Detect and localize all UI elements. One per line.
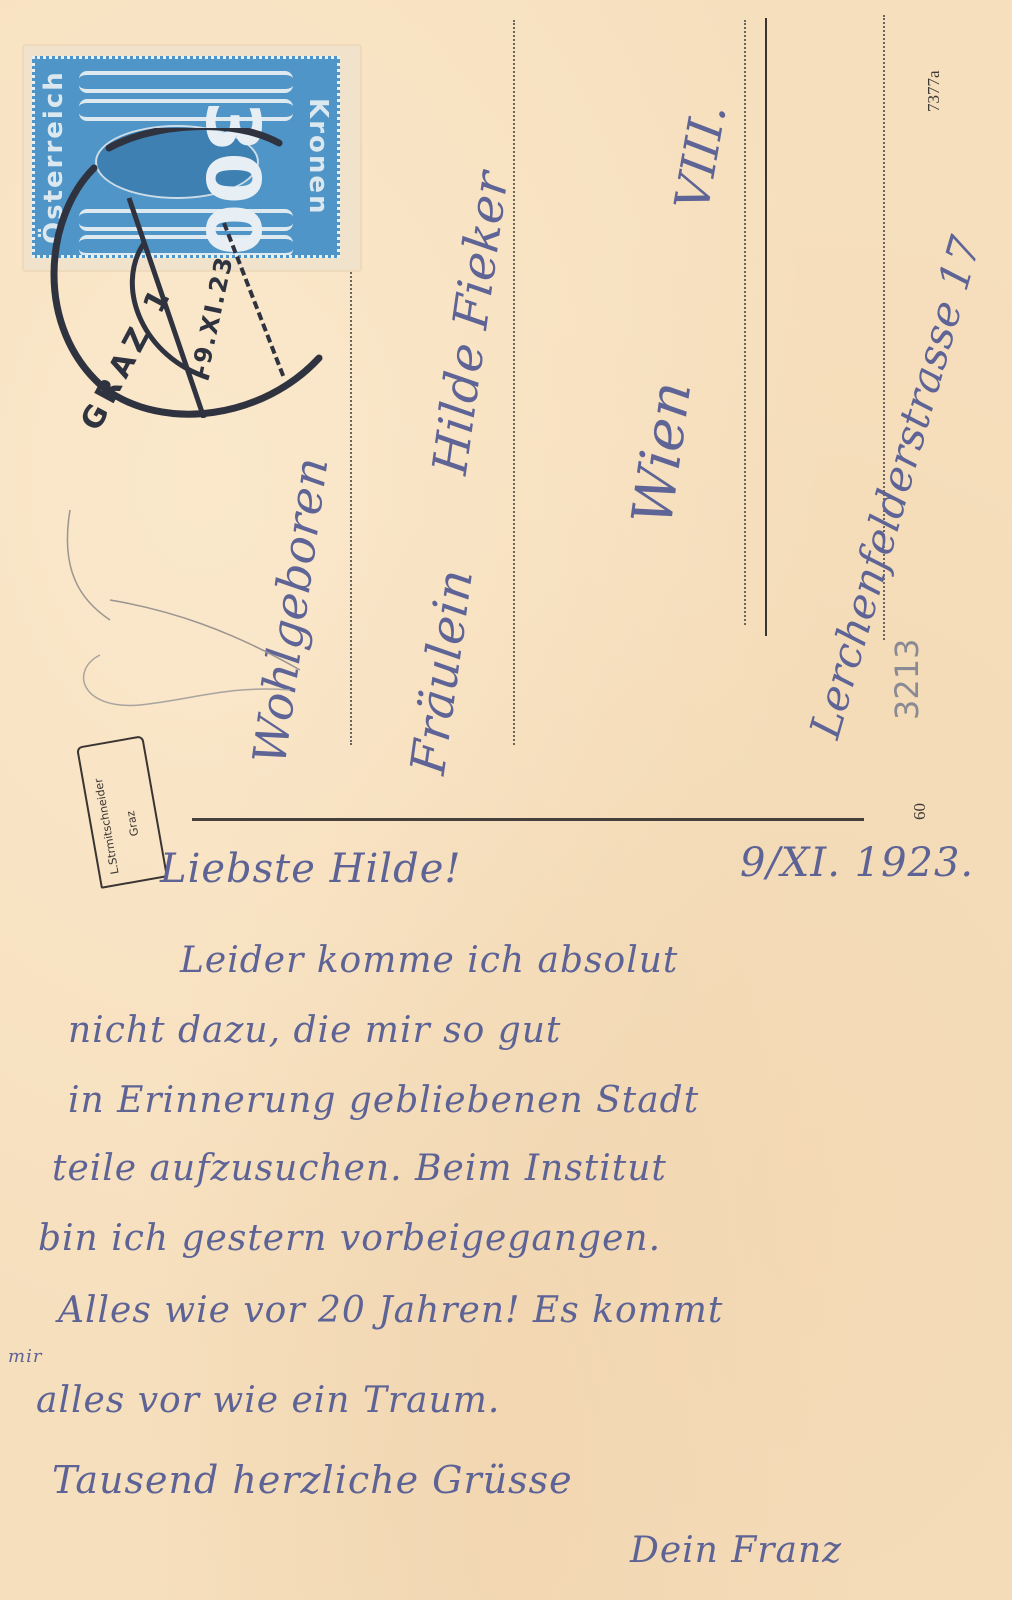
message-greeting: Liebste Hilde! (160, 846, 461, 892)
pencil-flourish-icon (60, 480, 360, 760)
postcard-back: 7377a 60 Österreich Kronen 300 W.DACHAUE… (0, 0, 1012, 1600)
message-line-1: Leider komme ich absolut (180, 940, 678, 981)
message-line-6: Alles wie vor 20 Jahren! Es kommt (58, 1290, 723, 1331)
message-signature: Dein Franz (630, 1530, 842, 1571)
message-line-5: bin ich gestern vorbeigegangen. (38, 1218, 661, 1259)
address-line-4-solid (765, 18, 767, 636)
address-line-2 (513, 20, 515, 745)
message-line-2: nicht dazu, die mir so gut (68, 1010, 561, 1051)
message-divider (192, 818, 864, 821)
message-date: 9/XI. 1923. (740, 840, 974, 886)
address-city: Wien (620, 378, 704, 529)
message-insertion: mir (8, 1346, 42, 1367)
publisher-city: Graz (124, 810, 141, 837)
address-name: Hilde Fieker (422, 169, 520, 478)
address-title: Fräulein (400, 566, 484, 778)
message-line-4: teile aufzusuchen. Beim Institut (52, 1148, 667, 1189)
page-marker: 60 (910, 803, 930, 820)
pencil-note: 3213 (888, 639, 926, 720)
message-line-3: in Erinnerung gebliebenen Stadt (68, 1080, 699, 1121)
postmark-icon (34, 128, 324, 418)
message-closing: Tausend herzliche Grüsse (52, 1458, 573, 1502)
address-district: VIII. (664, 100, 738, 215)
address-line-3 (744, 20, 746, 625)
message-line-7: alles vor wie ein Traum. (36, 1380, 500, 1421)
publisher-name: L.Strmitschneider (92, 777, 122, 875)
catalog-number: 7377a (924, 70, 944, 112)
